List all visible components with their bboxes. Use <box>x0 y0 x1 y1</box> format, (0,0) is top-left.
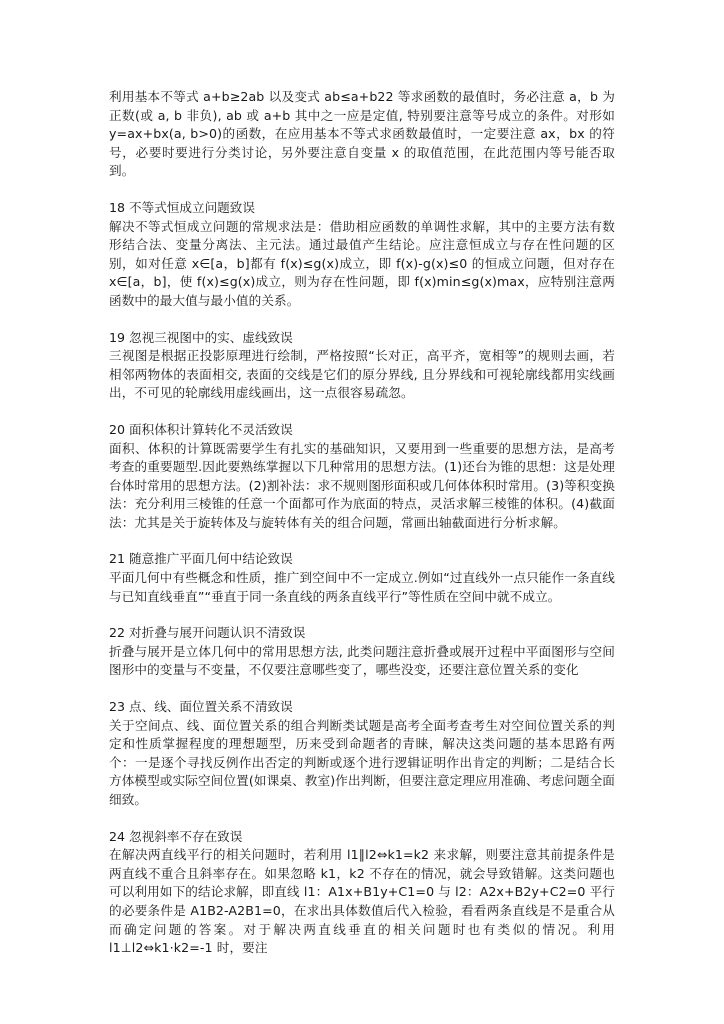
section-title: 21 随意推广平面几何中结论致误 <box>109 550 615 569</box>
section-22: 22 对折叠与展开问题认识不清致误 折叠与展开是立体几何中的常用思想方法, 此类… <box>109 624 615 680</box>
intro-paragraph: 利用基本不等式 a+b≥2ab 以及变式 ab≤a+b22 等求函数的最值时，务… <box>109 88 615 181</box>
section-title: 24 忽视斜率不存在致误 <box>109 828 615 847</box>
section-body: 折叠与展开是立体几何中的常用思想方法, 此类问题注意折叠或展开过程中平面图形与空… <box>109 643 615 680</box>
document-page: 利用基本不等式 a+b≥2ab 以及变式 ab≤a+b22 等求函数的最值时，务… <box>109 88 615 958</box>
section-body: 解决不等式恒成立问题的常规求法是：借助相应函数的单调性求解，其中的主要方法有数形… <box>109 218 615 311</box>
section-body: 关于空间点、线、面位置关系的组合判断类试题是高考全面考查考生对空间位置关系的判定… <box>109 717 615 810</box>
section-20: 20 面积体积计算转化不灵活致误 面积、体积的计算既需要学生有扎实的基础知识，又… <box>109 421 615 533</box>
section-21: 21 随意推广平面几何中结论致误 平面几何中有些概念和性质，推广到空间中不一定成… <box>109 550 615 606</box>
section-title: 20 面积体积计算转化不灵活致误 <box>109 421 615 440</box>
section-19: 19 忽视三视图中的实、虚线致误 三视图是根据正投影原理进行绘制，严格按照“长对… <box>109 329 615 403</box>
section-title: 22 对折叠与展开问题认识不清致误 <box>109 624 615 643</box>
section-body: 在解决两直线平行的相关问题时，若利用 l1∥l2⇔k1=k2 来求解，则要注意其… <box>109 846 615 958</box>
section-title: 18 不等式恒成立问题致误 <box>109 199 615 218</box>
section-body: 平面几何中有些概念和性质，推广到空间中不一定成立.例如“过直线外一点只能作一条直… <box>109 569 615 606</box>
section-24: 24 忽视斜率不存在致误 在解决两直线平行的相关问题时，若利用 l1∥l2⇔k1… <box>109 828 615 958</box>
section-18: 18 不等式恒成立问题致误 解决不等式恒成立问题的常规求法是：借助相应函数的单调… <box>109 199 615 311</box>
section-23: 23 点、线、面位置关系不清致误 关于空间点、线、面位置关系的组合判断类试题是高… <box>109 698 615 810</box>
section-title: 23 点、线、面位置关系不清致误 <box>109 698 615 717</box>
section-body: 面积、体积的计算既需要学生有扎实的基础知识，又要用到一些重要的思想方法，是高考考… <box>109 440 615 533</box>
section-title: 19 忽视三视图中的实、虚线致误 <box>109 329 615 348</box>
section-body: 三视图是根据正投影原理进行绘制，严格按照“长对正，高平齐，宽相等”的规则去画，若… <box>109 347 615 403</box>
